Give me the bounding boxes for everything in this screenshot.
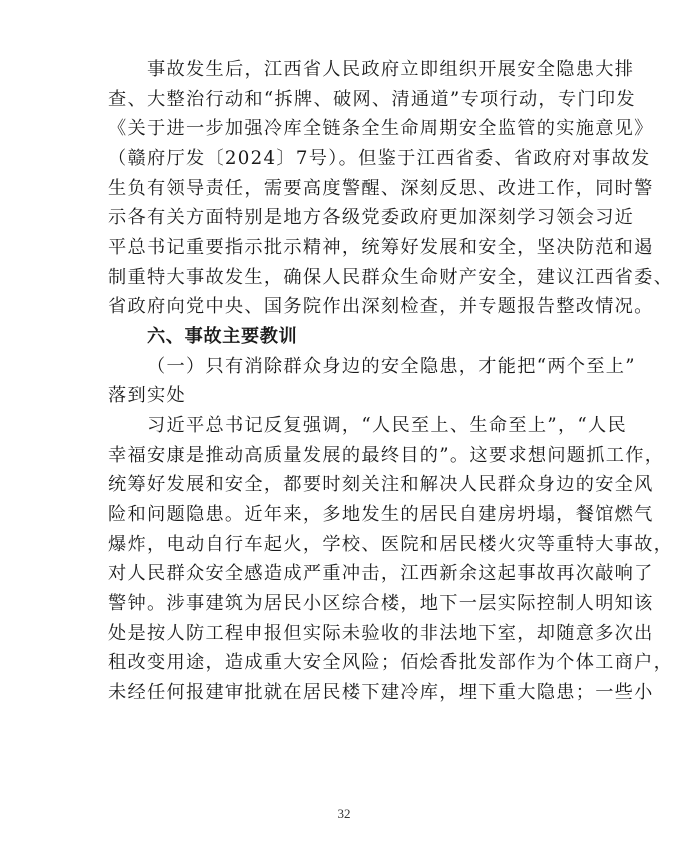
paragraph-line: 示各有关方面特别是地方各级党委政府更加深刻学习领会习近 bbox=[108, 203, 598, 233]
subsection-heading-line: （一）只有消除群众身边的安全隐患，才能把“两个至上” bbox=[147, 352, 598, 382]
paragraph-line: 《关于进一步加强冷库全链条全生命周期安全监管的实施意见》 bbox=[108, 114, 598, 144]
paragraph-line: 险和问题隐患。近年来，多地发生的居民自建房坍塌，餐馆燃气 bbox=[108, 500, 598, 530]
paragraph-line: 警钟。涉事建筑为居民小区综合楼，地下一层实际控制人明知该 bbox=[108, 589, 598, 619]
paragraph-line: 处是按人防工程申报但实际未验收的非法地下室，却随意多次出 bbox=[108, 619, 598, 649]
paragraph-line: 习近平总书记反复强调，“人民至上、生命至上”，“人民 bbox=[147, 411, 598, 441]
paragraph-line: 统筹好发展和安全，都要时刻关注和解决人民群众身边的安全风 bbox=[108, 470, 598, 500]
paragraph-line: 查、大整治行动和“拆牌、破网、清通道”专项行动，专门印发 bbox=[108, 85, 598, 115]
paragraph-line: 租改变用途，造成重大安全风险；佰烩香批发部作为个体工商户， bbox=[108, 648, 598, 678]
paragraph-line: 省政府向党中央、国务院作出深刻检查，并专题报告整改情况。 bbox=[108, 292, 598, 322]
paragraph-line: 生负有领导责任，需要高度警醒、深刻反思、改进工作，同时警 bbox=[108, 174, 598, 204]
subsection-heading-line: 落到实处 bbox=[108, 381, 598, 411]
paragraph-line: （赣府厅发〔2024〕7号）。但鉴于江西省委、省政府对事故发 bbox=[108, 144, 598, 174]
paragraph-line: 制重特大事故发生，确保人民群众生命财产安全，建议江西省委、 bbox=[108, 263, 598, 293]
paragraph-line: 幸福安康是推动高质量发展的最终目的”。这要求想问题抓工作， bbox=[108, 441, 598, 471]
page-number: 32 bbox=[0, 806, 688, 822]
paragraph-line: 事故发生后，江西省人民政府立即组织开展安全隐患大排 bbox=[147, 55, 598, 85]
paragraph-line: 爆炸，电动自行车起火，学校、医院和居民楼火灾等重特大事故， bbox=[108, 530, 598, 560]
paragraph-line: 平总书记重要指示批示精神，统筹好发展和安全，坚决防范和遏 bbox=[108, 233, 598, 263]
document-page: 事故发生后，江西省人民政府立即组织开展安全隐患大排 查、大整治行动和“拆牌、破网… bbox=[0, 0, 688, 846]
paragraph-line: 未经任何报建审批就在居民楼下建冷库，埋下重大隐患；一些小 bbox=[108, 678, 598, 708]
paragraph-line: 对人民群众安全感造成严重冲击，江西新余这起事故再次敲响了 bbox=[108, 559, 598, 589]
section-heading: 六、事故主要教训 bbox=[147, 322, 598, 352]
